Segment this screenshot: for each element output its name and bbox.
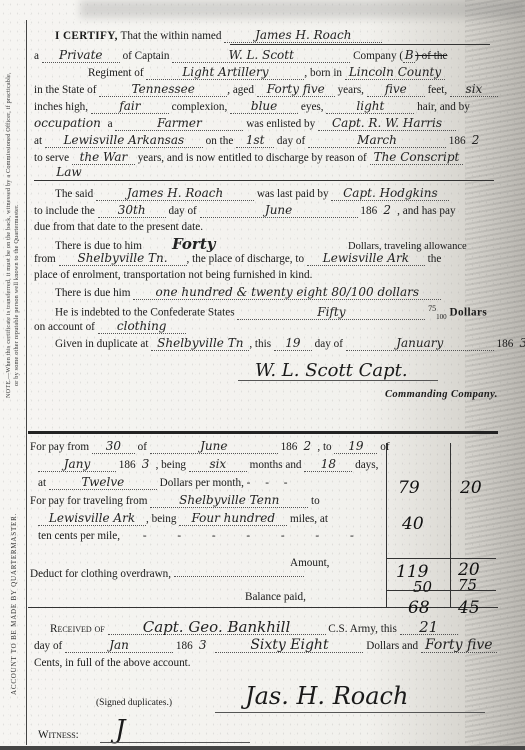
enlisted-by: Capt. R. W. Harris [318, 116, 456, 131]
pay-to-month: Jany [38, 457, 116, 472]
enlistment-year-digit: 2 [466, 133, 486, 147]
birth-county: Lincoln County [345, 65, 445, 80]
days-count: 18 [304, 457, 352, 472]
margin-note-line2: or by some other reputable person well k… [13, 204, 20, 386]
commanding-company-label: Commanding Company. [385, 388, 498, 402]
pay-dollars: 79 [398, 478, 420, 498]
discharge-reason-cont: Law [45, 165, 93, 180]
certify-line: I CERTIFY, That the within named James H… [55, 28, 382, 43]
discharge-certificate-page: NOTE.—When this certificate is transferr… [0, 0, 525, 750]
clothing-dollars: 50 [413, 578, 432, 596]
paid-through-year-digit: 2 [377, 203, 397, 217]
received-of-line: Received of Capt. Geo. Bankhill C.S. Arm… [50, 620, 458, 636]
given-place: Shelbyville Tn [151, 336, 249, 351]
balance-rule [386, 590, 496, 591]
travel-to: Lewisville Ark [38, 511, 146, 526]
due-from-line: due from that date to the present date. [34, 220, 203, 234]
travel-allowance-dollars: Forty [145, 237, 243, 251]
paid-through-month: June [200, 203, 358, 218]
indebted-cents: 75 [428, 304, 436, 313]
hair-color: light [326, 99, 414, 114]
last-paid-by: Capt. Hodgkins [331, 186, 449, 201]
total-due-amount: one hundred & twenty eight 80/100 dollar… [133, 285, 441, 300]
witness-mark: J [115, 715, 125, 745]
top-smudge [80, 0, 525, 18]
debt-reason-line: on account of clothing [34, 319, 186, 334]
monthly-rate: Twelve [49, 475, 157, 490]
pay-period-line: Jany 1863, being six months and 18 days, [38, 457, 378, 472]
regiment-line: Regiment of Light Artillery, born in Lin… [88, 65, 445, 80]
discharge-place: Shelbyville Tn. [59, 251, 187, 266]
given-day: 19 [274, 336, 312, 351]
enrolment-line: place of enrolment, transportation not b… [34, 268, 312, 282]
state: Tennessee [99, 82, 227, 97]
quartermaster-account-note: ACCOUNT TO BE MADE BY QUARTERMASTER. [10, 513, 18, 695]
rank-line: a Private of Captain W. L. Scott Company… [34, 48, 447, 63]
pay-to-day: 19 [334, 439, 377, 454]
state-line: in the State of Tennessee, aged Forty fi… [34, 82, 498, 97]
amount-label: Amount, [290, 556, 329, 570]
travel-dollars: 40 [402, 514, 424, 534]
cents-per-mile-line: ten cents per mile, - - - - - - - [38, 529, 368, 543]
pay-rate-line: at Twelve Dollars per month, - - - [38, 475, 293, 490]
description-line: inches high, fair complexion, blue eyes,… [34, 99, 470, 114]
soldier-name: James H. Roach [224, 28, 382, 43]
enlistment-month: March [308, 133, 446, 148]
balance-paid-label: Balance paid, [245, 590, 306, 604]
received-from: Capt. Geo. Bankhill [108, 620, 326, 635]
balance-dollars: 68 [408, 598, 430, 618]
debt-reason: clothing [98, 319, 186, 334]
receipt-date-line: day of Jan 1863 Sixty Eight Dollars and … [34, 638, 497, 653]
occupation-label: occupation [30, 116, 105, 130]
regiment: Light Artillery [146, 65, 304, 80]
eye-color: blue [230, 99, 298, 114]
witness-label: Witness: [38, 728, 79, 742]
receipt-month: Jan [65, 638, 173, 653]
pay-from-day: 30 [92, 439, 135, 454]
rank: Private [42, 48, 120, 63]
complexion: fair [91, 99, 169, 114]
given-line: Given in duplicate at Shelbyville Tn, th… [55, 336, 525, 351]
subtotal-rule [386, 558, 496, 559]
commander-signature: W. L. Scott Capt. [255, 360, 408, 381]
enlistment-place: Lewisville Arkansas [45, 133, 203, 148]
account-top-rule [28, 431, 498, 434]
clothing-cents: 75 [458, 576, 477, 594]
travel-allowance-label: Dollars, traveling allowance [348, 240, 467, 254]
reason-rule [34, 180, 494, 181]
pay-from-month: June [150, 439, 278, 454]
given-year-digit: 3 [513, 336, 525, 350]
cents-full-line: Cents, in full of the above account. [34, 656, 191, 670]
cents-column-rule [450, 443, 451, 608]
witness-rule [100, 742, 250, 743]
age: Forty five [257, 82, 335, 97]
months-count: six [189, 457, 247, 472]
name-rule [230, 44, 490, 45]
clothing-deduction-line: Deduct for clothing overdrawn, [30, 567, 304, 581]
receipt-day: 21 [400, 620, 458, 635]
pay-from-line: For pay from 30 of June 1862, to 19 of [30, 439, 390, 454]
bottom-edge [0, 746, 525, 750]
travel-pay-line: For pay for traveling from Shelbyville T… [30, 493, 320, 508]
total-due-line: There is due him one hundred & twenty ei… [55, 285, 441, 300]
travel-distance-line: Lewisville Ark, being Four hundred miles… [38, 511, 328, 526]
left-border-rule [26, 20, 27, 745]
signed-duplicates-label: (Signed duplicates.) [96, 696, 172, 710]
travel-from: Shelbyville Tenn [150, 493, 308, 508]
company-letter: B [403, 48, 415, 63]
paid-through-day: 30th [98, 203, 166, 218]
balance-cents: 45 [458, 598, 480, 618]
discharge-reason: The Conscript [370, 150, 464, 165]
paid-through-line: to include the 30th day of June 1862, an… [34, 203, 456, 218]
height-feet: five [367, 82, 425, 97]
paid-soldier-name: James H. Roach [96, 186, 254, 201]
signature-rule [238, 380, 438, 381]
pay-cents: 20 [460, 478, 482, 498]
enlistment-day: 1st [236, 133, 274, 148]
enlistment-line: at Lewisville Arkansas on the 1st day of… [34, 133, 486, 148]
travel-miles: Four hundred [179, 511, 287, 526]
receipt-dollars-words: Sixty Eight [215, 638, 363, 653]
occupation: Farmer [115, 116, 243, 131]
dollars-column-rule [386, 443, 387, 608]
captain-name: W. L. Scott [172, 48, 350, 63]
indebted-amount: Fifty [237, 305, 425, 320]
occupation-line: occupation a Farmer was enlisted by Capt… [30, 116, 456, 131]
service-term: the War [72, 150, 135, 165]
recipient-signature: Jas. H. Roach [245, 682, 408, 710]
last-paid-line: The said James H. Roach was last paid by… [55, 186, 449, 201]
service-term-line: to serve the War years, and is now entit… [34, 150, 463, 165]
given-month: January [346, 336, 494, 351]
receipt-cents-words: Forty five [421, 638, 497, 653]
margin-note-line1: NOTE.—When this certificate is transferr… [5, 72, 12, 398]
height-inches: six [450, 82, 498, 97]
recipient-signature-rule [215, 712, 485, 713]
